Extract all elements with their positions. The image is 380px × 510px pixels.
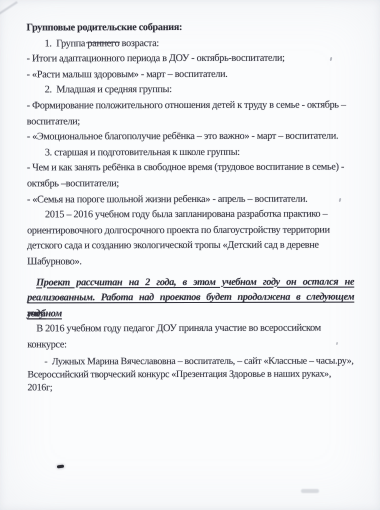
text-line-1: Групповые родительские собрания: (27, 20, 354, 36)
text-line-15: детского сада и созданию экологической т… (27, 238, 354, 254)
text-line-20: В 2016 учебном году педагог ДОУ приняла … (27, 321, 354, 337)
text-line-10: - Чем и как занять ребёнка в свободное в… (27, 160, 354, 176)
text-line-9: 3. старшая и подготовительная к школе гр… (27, 144, 354, 160)
text-line-19: году. (27, 305, 354, 321)
text-line-11: октябрь –воспитатели; (27, 176, 354, 192)
text-line-16: Шабурново». (27, 253, 354, 269)
scan-corner-streak (0, 1, 18, 15)
text-line-2: 1. Группа раннего возраста: (27, 35, 354, 51)
text-line-4: - «Расти малыш здоровым» - март – воспит… (27, 66, 354, 82)
scan-smudge (301, 489, 319, 493)
document-text: Групповые родительские собрания:1. Групп… (27, 20, 355, 396)
pen-strike-mark (86, 41, 120, 43)
text-line-24: 2016г; (27, 382, 354, 396)
text-line-14: ориентировочного долгосрочного проекта п… (27, 222, 354, 238)
scanned-document-page: Групповые родительские собрания:1. Групп… (0, 0, 380, 510)
text-line-6: - Формирование положительного отношения … (27, 98, 354, 114)
text-line-8: - «Эмоциональное благополучие ребёнка – … (27, 129, 354, 145)
text-line-5: 2. Младшая и средняя группы: (27, 82, 354, 98)
text-line-18: реализованным. Работа над проектов будет… (27, 290, 354, 306)
text-line-7: воспитатели; (27, 113, 354, 129)
text-line-17: Проект рассчитан на 2 года, в этом учебн… (27, 274, 354, 290)
ink-dash-mark (57, 465, 64, 469)
text-line-12: - «Семья на пороге шольной жизни ребенка… (27, 191, 354, 207)
text-line-13: 2015 – 2016 учебном году была запланиров… (27, 207, 354, 223)
text-line-3: - Итоги адаптационного периода в ДОУ - о… (27, 51, 354, 67)
text-line-23: Всероссийский творческий конкурс «Презен… (27, 369, 354, 383)
text-line-21: конкурсе: (27, 336, 354, 352)
